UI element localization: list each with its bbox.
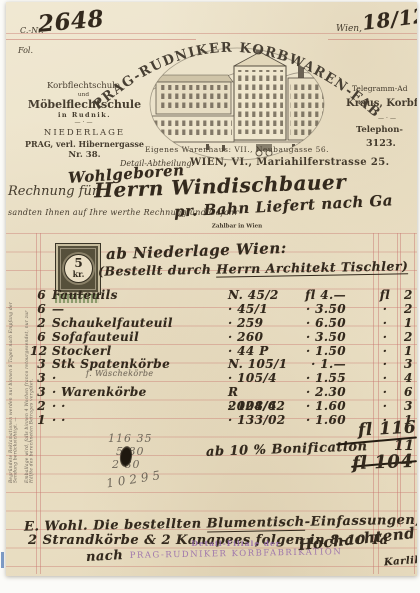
school-line: Korbflechtschule <box>26 81 141 91</box>
item-currency-mark: · <box>352 372 400 386</box>
depot-line: NIEDERLAGE <box>22 128 147 138</box>
table-row: 6FauteuilsN. 45/2fl 4.—fl2 <box>6 289 417 303</box>
telephone-value: 3123. <box>366 138 396 149</box>
table-row: 6Sofafauteuil· 260· 3.50·2 <box>6 331 417 345</box>
item-unit-price: fl 4.— <box>292 289 352 303</box>
table-row: 2· ·· 108/4· 1.60·3 <box>6 400 417 414</box>
item-description-text: Stockerl <box>52 344 112 358</box>
item-amount: 2 <box>400 289 417 303</box>
item-description-text: Fauteuils <box>52 288 118 302</box>
item-unit-price: · 1.60 <box>292 400 352 414</box>
item-unit-price: · 1.50 <box>292 345 352 359</box>
side-condition-line: Emballage wird, falls binnen 4 Wochen fr… <box>24 297 34 483</box>
telephone-label: Telephon- <box>356 125 403 135</box>
item-currency-mark: · <box>352 317 400 331</box>
item-description-text: Schaukelfauteuil <box>52 316 173 330</box>
side-conditions: Begründete Reklamationen werden nur binn… <box>6 240 21 540</box>
telegram-label: Telegramm-Ad <box>352 84 408 93</box>
item-unit-price: · 1.55 <box>292 372 352 386</box>
scanned-invoice-page: { "colors": { "paper": "#ebe1c7", "rulin… <box>0 0 420 593</box>
item-currency-mark: · <box>352 331 400 345</box>
item-description: Schaukelfauteuil <box>52 317 192 331</box>
item-description: · · <box>52 414 192 428</box>
detail-department-value: WIEN, VI., Mariahilferstrasse 25. <box>190 157 389 168</box>
footer-note1-prefix: E. Wohl. Die bestellten <box>24 516 207 534</box>
item-description-text: Sofafauteuil <box>52 330 139 344</box>
item-unit-price: · 1.— <box>292 358 352 372</box>
item-unit-price: · 1.60 <box>292 414 352 428</box>
item-description: — <box>52 303 192 317</box>
item-description: Fauteuils <box>52 289 192 303</box>
invoice-sheet: C.-Nr. 2648 Fol. Wien, 18/12 <box>6 2 417 576</box>
item-unit-price: · 6.50 <box>292 317 352 331</box>
ordered-by-name: Herrn Architekt Tischler) <box>216 258 408 277</box>
item-currency-mark: · <box>352 400 400 414</box>
table-row: 3· WarenkörbeR 2024/62· 2.30·6 <box>6 386 417 400</box>
final-total-handwriting: fl 104 <box>352 451 414 474</box>
pencil-calc-line: 116 35 <box>108 432 153 445</box>
item-amount: 2 <box>400 331 417 345</box>
school-line: in Rudnik. <box>22 111 147 119</box>
depot-line: PRAG, verl. Hibernergasse <box>16 139 153 149</box>
item-description: Stk Spatenkörbef. Wäschekörbe <box>52 358 192 372</box>
school-line: Möbelflechtschule <box>22 98 147 111</box>
item-currency-mark: fl <box>352 289 400 303</box>
item-description-text: — <box>52 302 64 316</box>
item-description-text: · · <box>52 399 66 413</box>
item-unit-price: · 3.50 <box>292 331 352 345</box>
item-pattern-no: N. 45/2 <box>192 289 292 303</box>
signature-initials: Karlik <box>384 555 417 569</box>
item-description-text: · Warenkörbe <box>52 385 147 399</box>
item-pattern-no: · 44 P <box>192 345 292 359</box>
footer-note1-underlined: Blumentisch <box>207 515 305 533</box>
telegram-value: Kraus, Korbfabr <box>346 98 417 109</box>
revenue-stamp-value-circle: 5 kr. <box>64 254 93 283</box>
payable-note: Zahlbar in Wien <box>201 222 273 229</box>
side-condition-line: Begründete Reklamationen werden nur binn… <box>8 297 18 483</box>
item-description: · · <box>52 400 192 414</box>
item-amount: 3 <box>400 358 417 372</box>
table-row: 6—· 45/1· 3.50·2 <box>6 303 417 317</box>
item-description-text: · <box>52 371 57 385</box>
blue-margin-mark <box>1 552 4 568</box>
table-row: 2Schaukelfauteuil· 259· 6.50·1 <box>6 317 417 331</box>
ornament-divider: —·— <box>358 115 417 122</box>
filiale-stamp-line1: Detail-Filiale der <box>156 539 316 548</box>
item-currency-mark: · <box>352 303 400 317</box>
item-description: Sofafauteuil <box>52 331 192 345</box>
item-amount: 1 <box>400 345 417 359</box>
item-currency-mark: · <box>352 345 400 359</box>
invoice-for-label: Rechnung für <box>8 184 98 199</box>
item-pattern-no: · 108/4 <box>192 400 292 414</box>
item-currency-mark: · <box>352 358 400 372</box>
ordered-by-prefix: (Bestellt durch <box>98 262 217 279</box>
stamp-unit: kr. <box>65 270 92 278</box>
item-amount: 2 <box>400 303 417 317</box>
item-amount: 4 <box>400 372 417 386</box>
item-pattern-no: N. 105/1 <box>192 358 292 372</box>
table-row: 1· ·· 133/02· 1.60·1 <box>6 414 417 428</box>
item-pattern-no: · 260 <box>192 331 292 345</box>
table-row: 3Stk Spatenkörbef. WäschekörbeN. 105/1· … <box>6 358 417 372</box>
item-description-text: · · <box>52 413 66 427</box>
item-amount: 1 <box>400 317 417 331</box>
item-amount: 3 <box>400 400 417 414</box>
ornament-divider: —·— <box>22 119 147 126</box>
item-unit-price: · 3.50 <box>292 303 352 317</box>
item-pattern-no: · 259 <box>192 317 292 331</box>
item-pattern-no: · 105/4 <box>192 372 292 386</box>
item-pattern-no: · 45/1 <box>192 303 292 317</box>
item-pattern-no: · 133/02 <box>192 414 292 428</box>
item-table: 6FauteuilsN. 45/2fl 4.—fl2 6—· 45/1· 3.5… <box>6 289 417 428</box>
